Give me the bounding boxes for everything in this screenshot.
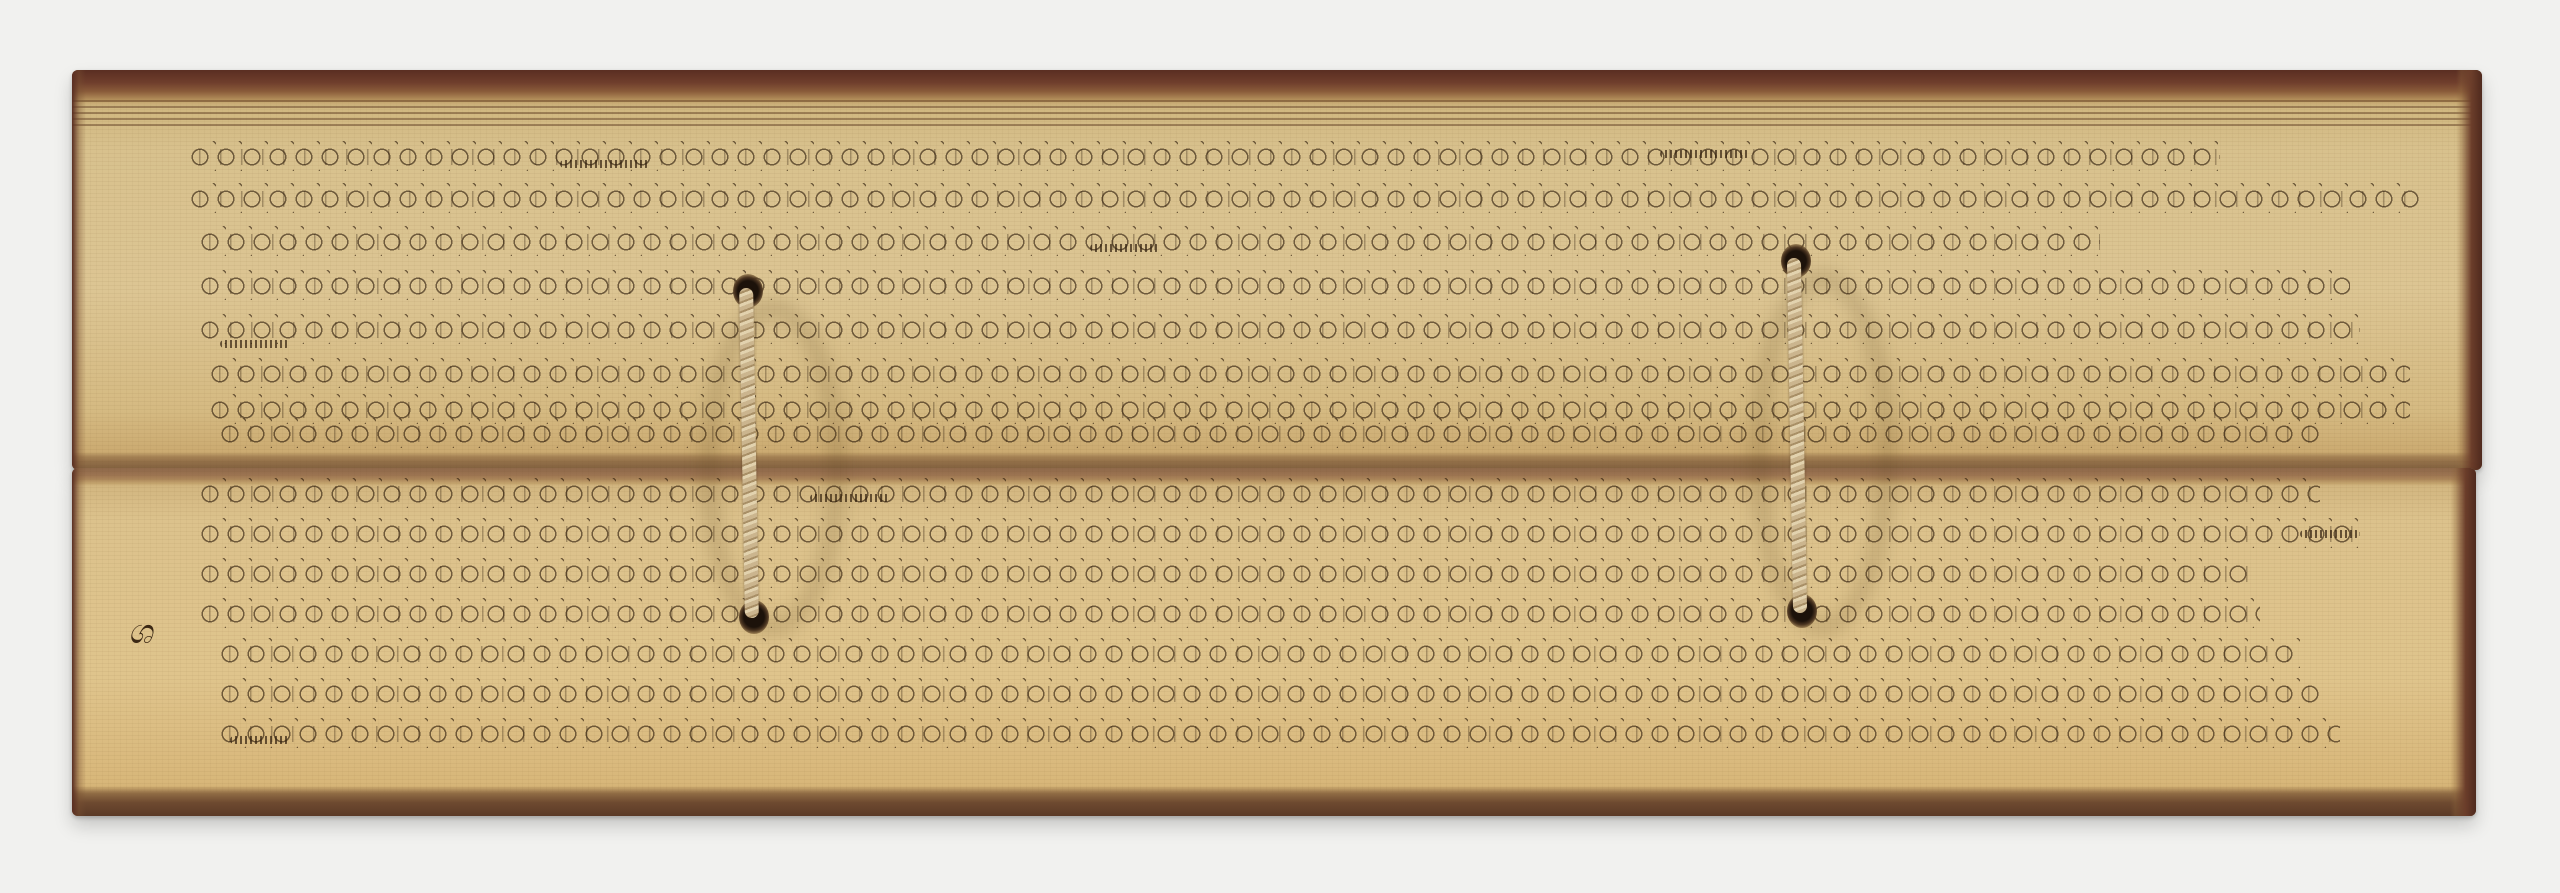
script-line <box>200 270 2350 300</box>
ink-strokes <box>210 358 2410 388</box>
cord-shadow <box>1750 270 1896 636</box>
ink-strokes <box>190 183 2420 213</box>
ink-strokes <box>190 141 2220 171</box>
ink-strokes <box>200 478 2320 508</box>
ink-strokes <box>200 314 2360 344</box>
script-line <box>220 638 2300 668</box>
ink-strokes <box>220 678 2320 708</box>
script-line <box>190 141 2220 171</box>
squiggle-mark <box>560 160 650 168</box>
script-line <box>200 598 2260 628</box>
leaf-edge-layers <box>72 100 2482 126</box>
squiggle-mark <box>220 340 290 348</box>
ink-strokes <box>200 518 2360 548</box>
script-line <box>220 718 2340 748</box>
script-line <box>200 558 2250 588</box>
squiggle-mark <box>1090 244 1160 252</box>
ink-strokes <box>200 270 2350 300</box>
cord-shadow <box>700 300 846 636</box>
squiggle-mark <box>1660 150 1750 158</box>
script-line <box>190 183 2420 213</box>
margin-numeral: ශ <box>128 612 152 652</box>
leaf-edge-right <box>2450 468 2476 816</box>
script-line <box>210 358 2410 388</box>
squiggle-mark <box>230 736 290 744</box>
script-line <box>200 518 2360 548</box>
leaf-edge-left <box>72 468 86 816</box>
leaf-edge-bottom <box>72 786 2476 816</box>
leaf-edge-right <box>2456 70 2482 470</box>
script-line <box>220 678 2320 708</box>
leaf-edge-left <box>72 70 86 470</box>
ink-strokes <box>220 418 2320 448</box>
script-line <box>200 314 2360 344</box>
script-line <box>200 478 2320 508</box>
ink-strokes <box>200 558 2250 588</box>
script-line <box>220 418 2320 448</box>
ink-strokes <box>220 718 2340 748</box>
ink-strokes <box>220 638 2300 668</box>
squiggle-mark <box>2300 530 2360 538</box>
ink-strokes <box>200 598 2260 628</box>
